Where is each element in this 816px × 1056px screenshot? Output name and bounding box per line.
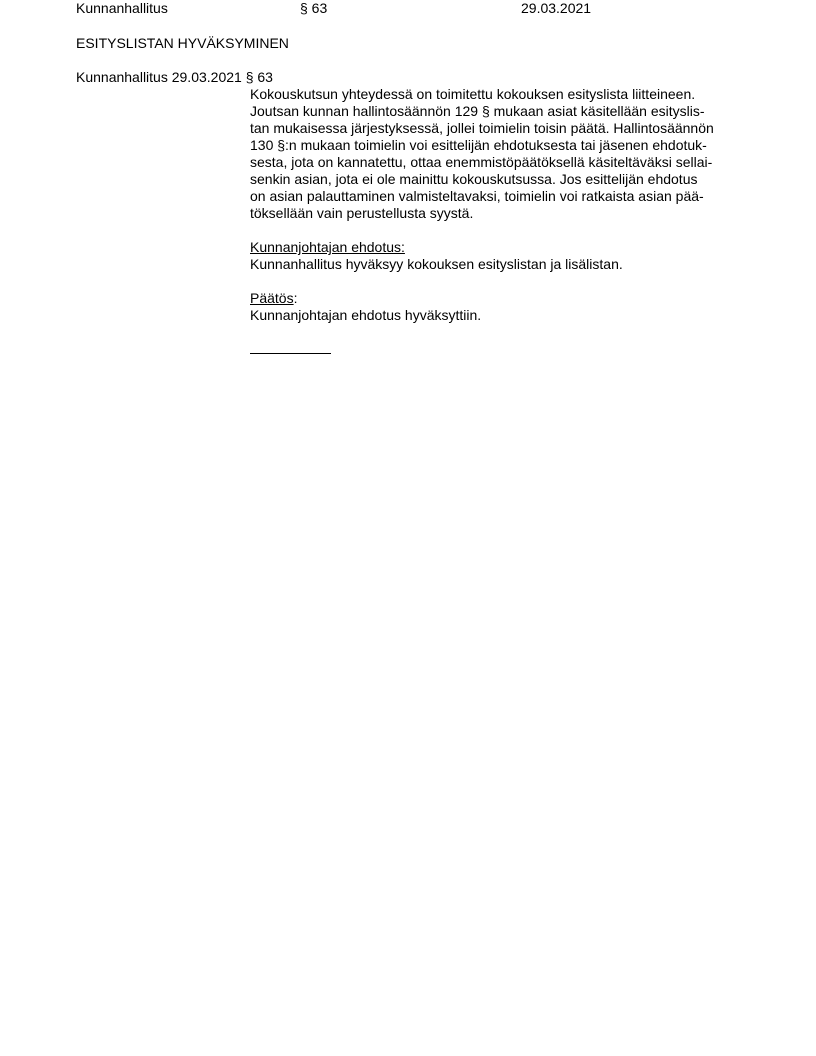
header-section: § 63	[300, 0, 327, 16]
decision-heading: Päätös	[250, 290, 294, 306]
paragraph-line: tan mukaisessa järjestyksessä, jollei to…	[250, 120, 740, 137]
proposal-heading: Kunnanjohtajan ehdotus:	[250, 239, 740, 256]
paragraph-line: on asian palauttaminen valmisteltavaksi,…	[250, 188, 740, 205]
paragraph-line: Joutsan kunnan hallintosäännön 129 § muk…	[250, 103, 740, 120]
decision-text: Kunnanjohtajan ehdotus hyväksyttiin.	[250, 307, 740, 324]
closing-rule	[250, 341, 331, 354]
paragraph-line: sesta, jota on kannatettu, ottaa enemmis…	[250, 154, 740, 171]
document-title: ESITYSLISTAN HYVÄKSYMINEN	[76, 35, 289, 51]
paragraph-line: Kokouskutsun yhteydessä on toimitettu ko…	[250, 86, 740, 103]
decision-section: Päätös: Kunnanjohtajan ehdotus hyväksytt…	[250, 290, 740, 324]
header-date: 29.03.2021	[521, 0, 591, 16]
paragraph-line: töksellään vain perustellusta syystä.	[250, 205, 740, 222]
header-body-name: Kunnanhallitus	[76, 0, 168, 16]
proposal-text: Kunnanhallitus hyväksyy kokouksen esitys…	[250, 256, 740, 273]
meeting-reference: Kunnanhallitus 29.03.2021 § 63	[76, 69, 273, 85]
decision-heading-colon: :	[294, 290, 298, 306]
document-body: Kokouskutsun yhteydessä on toimitettu ko…	[250, 86, 740, 358]
paragraph-line: senkin asian, jota ei ole mainittu kokou…	[250, 171, 740, 188]
paragraph-line: 130 §:n mukaan toimielin voi esittelijän…	[250, 137, 740, 154]
proposal-section: Kunnanjohtajan ehdotus: Kunnanhallitus h…	[250, 239, 740, 273]
main-paragraph: Kokouskutsun yhteydessä on toimitettu ko…	[250, 86, 740, 222]
